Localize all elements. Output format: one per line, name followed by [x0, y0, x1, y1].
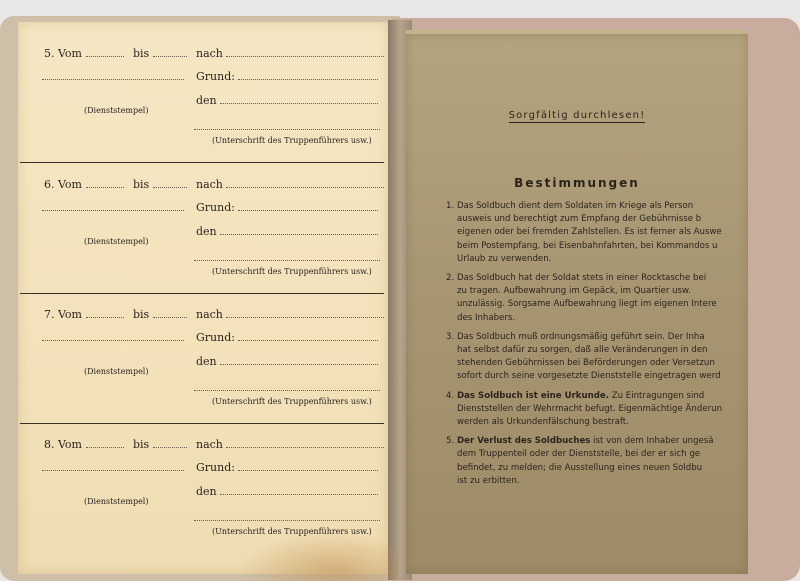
regulation-number: 4. — [446, 390, 454, 403]
nach-row: nach — [196, 47, 384, 60]
entry-line-1: 7. Vom bis — [44, 308, 187, 321]
signature-label: (Unterschrift des Truppenführers usw.) — [212, 527, 372, 536]
entry-number: 7. — [44, 308, 55, 321]
signature-field[interactable] — [194, 251, 380, 261]
leave-entry-7: 7. Vom bis nach Grund: den (Dienststempe… — [22, 305, 382, 433]
signature-field[interactable] — [194, 511, 380, 521]
signature-label: (Unterschrift des Truppenführers usw.) — [212, 267, 372, 276]
grund-label: Grund: — [196, 331, 235, 344]
regulation-line: beim Postempfang, bei Eisenbahnfahrten, … — [457, 241, 717, 251]
regulation-line: Das Soldbuch hat der Soldat stets in ein… — [457, 273, 706, 283]
nach-row: nach — [196, 308, 384, 321]
destination-field[interactable] — [42, 70, 184, 80]
den-label: den — [196, 94, 217, 107]
service-stamp-label: (Dienststempel) — [84, 367, 148, 376]
regulation-line: Das Soldbuch dient dem Soldaten im Krieg… — [457, 201, 693, 211]
grund-label: Grund: — [196, 461, 235, 474]
bis-field[interactable] — [153, 178, 187, 188]
signature-field[interactable] — [194, 381, 380, 391]
signature-field[interactable] — [194, 120, 380, 130]
den-label: den — [196, 485, 217, 498]
leave-entry-6: 6. Vom bis nach Grund: den (Dienststempe… — [22, 175, 382, 303]
entry-number: 8. — [44, 438, 55, 451]
service-stamp-label: (Dienststempel) — [84, 497, 148, 506]
nach-label: nach — [196, 47, 223, 60]
entry-number: 6. — [44, 178, 55, 191]
regulation-lead: Das Soldbuch ist eine Urkunde. — [457, 391, 609, 401]
regulation-line: unzulässig. Sorgsame Aufbewahrung liegt … — [457, 299, 717, 309]
bis-field[interactable] — [153, 438, 187, 448]
grund-label: Grund: — [196, 70, 235, 83]
regulation-line: Urlaub zu verwenden. — [457, 254, 551, 264]
signature-label: (Unterschrift des Truppenführers usw.) — [212, 136, 372, 145]
regulation-line: hat selbst dafür zu sorgen, daß alle Ver… — [457, 345, 707, 355]
regulation-line: des Inhabers. — [457, 313, 515, 323]
den-field[interactable] — [220, 485, 378, 495]
regulation-line: Das Soldbuch muß ordnungsmäßig geführt s… — [457, 332, 705, 342]
service-stamp-label: (Dienststempel) — [84, 106, 148, 115]
regulation-number: 3. — [446, 331, 454, 344]
regulation-line: werden als Urkundenfälschung bestraft. — [457, 417, 629, 427]
den-row: den — [196, 225, 378, 238]
service-stamp-label: (Dienststempel) — [84, 237, 148, 246]
den-row: den — [196, 355, 378, 368]
destination-field[interactable] — [42, 201, 184, 211]
den-field[interactable] — [220, 355, 378, 365]
grund-field[interactable] — [238, 201, 378, 211]
regulation-number: 2. — [446, 272, 454, 285]
den-field[interactable] — [220, 225, 378, 235]
leave-entry-8: 8. Vom bis nach Grund: den (Dienststempe… — [22, 435, 382, 563]
regulation-number: 5. — [446, 435, 454, 448]
regulation-3: 3.Das Soldbuch muß ordnungsmäßig geführt… — [446, 331, 748, 384]
regulation-2: 2.Das Soldbuch hat der Soldat stets in e… — [446, 272, 748, 325]
vom-label: Vom — [58, 308, 82, 321]
nach-field[interactable] — [226, 178, 384, 188]
grund-field[interactable] — [238, 461, 378, 471]
vom-field[interactable] — [86, 308, 124, 318]
entry-separator — [20, 423, 384, 424]
vom-label: Vom — [58, 438, 82, 451]
entry-separator — [20, 293, 384, 294]
entry-line-1: 5. Vom bis — [44, 47, 187, 60]
regulation-line: dem Truppenteil oder der Dienststelle, b… — [457, 449, 700, 459]
grund-field[interactable] — [238, 331, 378, 341]
reason-dots — [42, 331, 184, 344]
vom-field[interactable] — [86, 438, 124, 448]
bis-field[interactable] — [153, 308, 187, 318]
den-row: den — [196, 485, 378, 498]
soldbuch-open-booklet: 5. Vom bis nach Grund: den (Dienststempe… — [0, 12, 800, 581]
nach-label: nach — [196, 438, 223, 451]
nach-field[interactable] — [226, 308, 384, 318]
regulations-title: Bestimmungen — [406, 176, 748, 190]
grund-row: Grund: — [196, 331, 378, 344]
regulation-5: 5.Der Verlust des Soldbuches ist von dem… — [446, 435, 748, 488]
entry-number: 5. — [44, 47, 55, 60]
regulation-1: 1.Das Soldbuch dient dem Soldaten im Kri… — [446, 200, 748, 266]
grund-row: Grund: — [196, 461, 378, 474]
nach-row: nach — [196, 178, 384, 191]
grund-row: Grund: — [196, 201, 378, 214]
nach-label: nach — [196, 308, 223, 321]
vom-field[interactable] — [86, 47, 124, 57]
nach-label: nach — [196, 178, 223, 191]
reason-dots — [42, 201, 184, 214]
nach-field[interactable] — [226, 47, 384, 57]
right-page: Sorgfältig durchlesen! Bestimmungen 1.Da… — [406, 34, 748, 574]
bis-field[interactable] — [153, 47, 187, 57]
regulation-line: ist von dem Inhaber ungesä — [590, 436, 713, 446]
regulation-line: Dienststellen der Wehrmacht befugt. Eige… — [457, 404, 722, 414]
nach-row: nach — [196, 438, 384, 451]
entry-line-1: 8. Vom bis — [44, 438, 187, 451]
leave-entry-5: 5. Vom bis nach Grund: den (Dienststempe… — [22, 44, 382, 172]
destination-field[interactable] — [42, 331, 184, 341]
grund-row: Grund: — [196, 70, 378, 83]
regulation-line: Zu Eintragungen sind — [609, 391, 704, 401]
regulation-line: zu tragen. Aufbewahrung im Gepäck, im Qu… — [457, 286, 691, 296]
grund-label: Grund: — [196, 201, 235, 214]
regulation-line: ausweis und berechtigt zum Empfang der G… — [457, 214, 701, 224]
destination-field[interactable] — [42, 461, 184, 471]
regulation-lead: Der Verlust des Soldbuches — [457, 436, 590, 446]
bis-label: bis — [133, 178, 149, 191]
entry-separator — [20, 162, 384, 163]
den-label: den — [196, 225, 217, 238]
bis-label: bis — [133, 438, 149, 451]
regulation-line: sofort durch seine vorgesetzte Dienstste… — [457, 371, 721, 381]
regulation-4: 4.Das Soldbuch ist eine Urkunde. Zu Eint… — [446, 390, 748, 430]
bis-label: bis — [133, 308, 149, 321]
vom-label: Vom — [58, 178, 82, 191]
regulation-number: 1. — [446, 200, 454, 213]
den-label: den — [196, 355, 217, 368]
reason-dots — [42, 70, 184, 83]
regulation-line: ist zu erbitten. — [457, 476, 520, 486]
vom-field[interactable] — [86, 178, 124, 188]
regulation-line: eigenen oder bei fremden Zahlstellen. Es… — [457, 227, 722, 237]
reason-dots — [42, 461, 184, 474]
notice-heading: Sorgfältig durchlesen! — [406, 110, 748, 121]
nach-field[interactable] — [226, 438, 384, 448]
den-row: den — [196, 94, 378, 107]
den-field[interactable] — [220, 94, 378, 104]
regulation-line: stehenden Gebührnissen bei Beförderungen… — [457, 358, 715, 368]
bis-label: bis — [133, 47, 149, 60]
vom-label: Vom — [58, 47, 82, 60]
signature-label: (Unterschrift des Truppenführers usw.) — [212, 397, 372, 406]
grund-field[interactable] — [238, 70, 378, 80]
entry-line-1: 6. Vom bis — [44, 178, 187, 191]
regulation-line: befindet, zu melden; die Ausstellung ein… — [457, 463, 702, 473]
